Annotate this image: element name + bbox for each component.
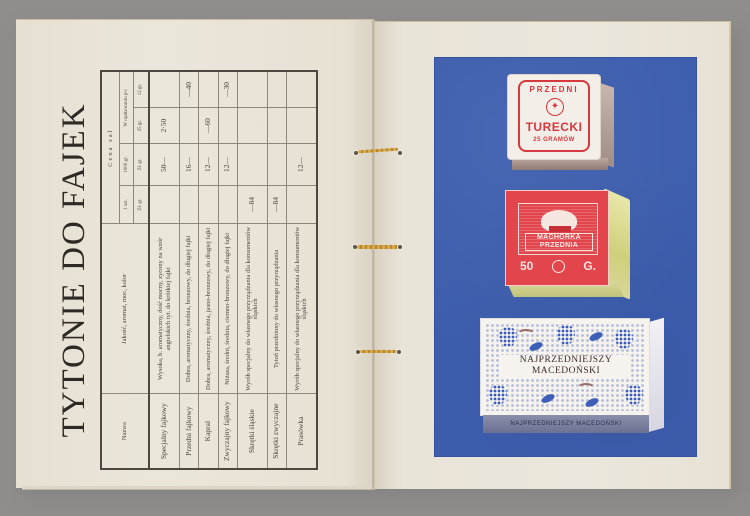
col-header-name: Nazwa xyxy=(101,394,149,469)
package-side xyxy=(648,318,664,433)
row-name: Skrętki zwyczajne xyxy=(267,394,286,469)
row-description: Dobra, aromatyczny, średnia, bronzowy, d… xyxy=(180,224,199,394)
vine-ornament-icon xyxy=(517,329,535,339)
price-25g: 2·50 xyxy=(149,107,180,143)
price-1szt xyxy=(149,185,180,224)
row-name: Skrętki śląskie xyxy=(237,394,267,469)
price-1000g xyxy=(267,144,286,185)
table-row: Specjalny fajkowy Wysoka, b. aromatyczny… xyxy=(149,71,180,469)
price-25g xyxy=(218,107,237,143)
header-row: Nazwa Jakość, aromat, moc, kolor Cena sa… xyxy=(101,71,119,469)
row-name: Specjalny fajkowy xyxy=(149,394,180,469)
row-description: Wyrób specjalny do własnego przyrządzani… xyxy=(237,224,267,394)
package-label: PRZEDNI ✦ TURECKI 25 GRAMÓW xyxy=(518,80,590,152)
price-1szt xyxy=(180,185,199,224)
package-side xyxy=(598,82,614,167)
package-top-text: PRZEDNI xyxy=(520,85,588,94)
row-name: Kapral xyxy=(199,394,218,469)
page-edge xyxy=(22,486,372,490)
row-name: Prasówka xyxy=(286,394,317,469)
table-row: Kapral Dobra, aromatyczny, średnia, jasn… xyxy=(199,71,218,469)
package-name: NAJPRZEDNIEJSZY MACEDOŃSKI xyxy=(501,355,631,377)
price-12g xyxy=(199,71,218,107)
col-header-package: W opakowaniu po: xyxy=(119,71,134,144)
price-25g: —60 xyxy=(199,107,218,143)
binding-hole xyxy=(397,150,403,156)
row-description: Wyrób specjalny do własnego przyrządzani… xyxy=(286,224,317,394)
price-25g xyxy=(267,107,286,143)
price-25g xyxy=(180,107,199,143)
package-name-line1: MACHORKA xyxy=(526,234,592,242)
price-1000g: 12— xyxy=(199,144,218,185)
tobacco-price-list: TYTONIE DO FAJEK Nazwa Jakość, aromat, m… xyxy=(50,60,330,480)
price-12g: —40 xyxy=(180,71,199,107)
vine-ornament-icon xyxy=(577,383,595,393)
price-1000g: 50— xyxy=(149,144,180,185)
col-header-12g: 12 gr. xyxy=(134,71,149,107)
ship-illustration-icon xyxy=(549,226,571,232)
unit-label: Zł. gr. xyxy=(134,144,149,185)
col-header-1000g: 1000 gr. xyxy=(119,144,134,185)
price-1szt: —84 xyxy=(237,185,267,224)
package-bottom xyxy=(512,158,608,170)
table-row: Zwyczajny fajkowy Niższa, średni, średni… xyxy=(218,71,237,469)
row-name: Zwyczajny fajkowy xyxy=(218,394,237,469)
unit-label: Zł. gr. xyxy=(134,185,149,224)
table-row: Przedni fajkowy Dobra, aromatyczny, śred… xyxy=(180,71,199,469)
price-25g xyxy=(237,107,267,143)
eagle-emblem-icon: ✦ xyxy=(546,98,564,116)
package-weight: 25 GRAMÓW xyxy=(520,137,588,143)
price-25g xyxy=(286,107,317,143)
price-12g: —30 xyxy=(218,71,237,107)
package-name-line1: NAJPRZEDNIEJSZY xyxy=(501,355,631,366)
binding-hole xyxy=(397,244,403,250)
seal-icon xyxy=(552,260,565,273)
package-weight: 50 G. xyxy=(520,259,596,273)
binding-cord xyxy=(357,245,398,249)
page-title: TYTONIE DO FAJEK xyxy=(50,60,98,480)
weight-unit: G. xyxy=(583,259,596,273)
package-name-line2: MACEDOŃSKI xyxy=(501,366,631,377)
package-artwork: MACHORKA PRZEDNIA xyxy=(518,203,598,255)
table-row: Skrętki zwyczajne Tytoń przedniony do wł… xyxy=(267,71,286,469)
price-1000g: 12— xyxy=(286,144,317,185)
price-1000g: 12— xyxy=(218,144,237,185)
row-description: Tytoń przedniony do własnego przyrządzan… xyxy=(267,224,286,394)
package-front: NAJPRZEDNIEJSZY MACEDOŃSKI xyxy=(480,318,650,416)
package-name: MACHORKA PRZEDNIA xyxy=(525,233,593,251)
row-description: Wysoka, b. aromatyczny, dość mocny, zyco… xyxy=(149,224,180,394)
package-name: TURECKI xyxy=(520,120,588,134)
price-1000g: 16— xyxy=(180,144,199,185)
price-12g xyxy=(286,71,317,107)
binding-hole xyxy=(396,349,402,355)
table-row: Skrętki śląskie Wyrób specjalny do własn… xyxy=(237,71,267,469)
row-description: Dobra, aromatyczny, średnia, jasno-bronz… xyxy=(199,224,218,394)
row-description: Niższa, średni, średnia, ciemno-bronzowy… xyxy=(218,224,237,394)
binding-cord xyxy=(360,350,397,353)
price-1szt: —84 xyxy=(267,185,286,224)
price-12g xyxy=(237,71,267,107)
price-12g xyxy=(149,71,180,107)
col-header-1szt: 1 szt. xyxy=(119,185,134,224)
package-front: MACHORKA PRZEDNIA 50 G. xyxy=(505,190,609,286)
table-row: Prasówka Wyrób specjalny do własnego prz… xyxy=(286,71,317,469)
price-1szt xyxy=(199,185,218,224)
book-gutter xyxy=(372,20,375,490)
package-side-label: NAJPRZEDNIEJSZY MACEDOŃSKI xyxy=(483,415,649,433)
weight-number: 50 xyxy=(520,259,533,273)
price-table: Nazwa Jakość, aromat, moc, kolor Cena sa… xyxy=(100,70,318,470)
col-header-quality: Jakość, aromat, moc, kolor xyxy=(101,224,149,394)
col-header-price: Cena sał xyxy=(101,71,119,224)
package-name-line2: PRZEDNIA xyxy=(526,242,592,250)
col-header-25g: 25 gr. xyxy=(134,107,149,143)
price-12g xyxy=(267,71,286,107)
row-name: Przedni fajkowy xyxy=(180,394,199,469)
price-1szt xyxy=(286,185,317,224)
price-1000g xyxy=(237,144,267,185)
price-1szt xyxy=(218,185,237,224)
